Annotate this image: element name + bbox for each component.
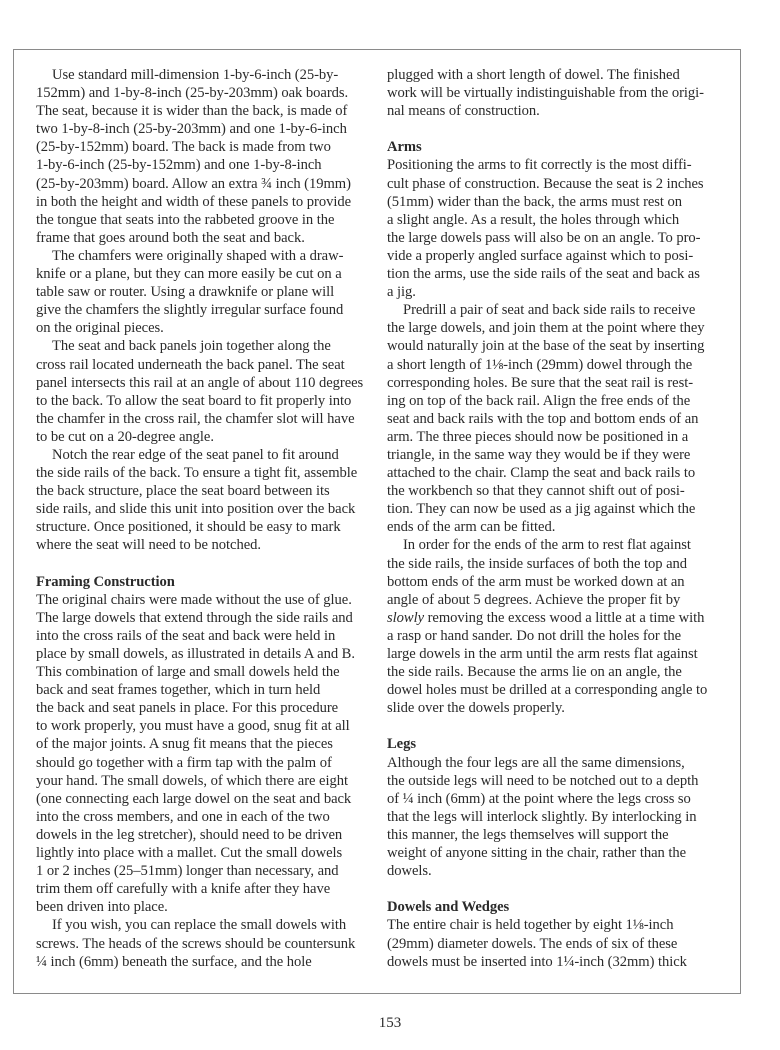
- paragraph-notch: Notch the rear edge of the seat panel to…: [36, 446, 376, 555]
- text-line: Notch the rear edge of the seat panel to…: [36, 446, 376, 464]
- text-line: slide over the dowels properly.: [387, 699, 732, 717]
- text-line: where the seat will need to be notched.: [36, 536, 376, 554]
- text-line: ends of the arm can be fitted.: [387, 518, 732, 536]
- text-line: In order for the ends of the arm to rest…: [387, 536, 732, 554]
- text-line: give the chamfers the slightly irregular…: [36, 301, 376, 319]
- text-line: triangle, in the same way they would be …: [387, 446, 732, 464]
- text-line: (25-by-152mm) board. The back is made fr…: [36, 138, 376, 156]
- text-line: (one connecting each large dowel on the …: [36, 790, 376, 808]
- text-line: bottom ends of the arm must be worked do…: [387, 573, 732, 591]
- text-line: the side rails, the inside surfaces of b…: [387, 555, 732, 573]
- paragraph-chamfers: The chamfers were originally shaped with…: [36, 247, 376, 337]
- text-line: the chamfer in the cross rail, the chamf…: [36, 410, 376, 428]
- text-line: a slight angle. As a result, the holes t…: [387, 211, 732, 229]
- text-line: large dowels in the arm until the arm re…: [387, 645, 732, 663]
- text-line: would naturally join at the base of the …: [387, 337, 732, 355]
- text-line: the outside legs will need to be notched…: [387, 772, 732, 790]
- text-line: of the major joints. A snug fit means th…: [36, 735, 376, 753]
- text-line: The seat and back panels join together a…: [36, 337, 376, 355]
- text-line: slowly removing the excess wood a little…: [387, 609, 732, 627]
- paragraph-seat-back-join: The seat and back panels join together a…: [36, 337, 376, 446]
- paragraph-screws: If you wish, you can replace the small d…: [36, 916, 376, 970]
- left-column: Use standard mill-dimension 1-by-6-inch …: [36, 66, 376, 971]
- text-line: Although the four legs are all the same …: [387, 754, 732, 772]
- section-heading-legs: Legs: [387, 735, 732, 753]
- text-line: (51mm) wider than the back, the arms mus…: [387, 193, 732, 211]
- text-line: The large dowels that extend through the…: [36, 609, 376, 627]
- text-line: place by small dowels, as illustrated in…: [36, 645, 376, 663]
- text-line: ¼ inch (6mm) beneath the surface, and th…: [36, 953, 376, 971]
- text-line: The original chairs were made without th…: [36, 591, 376, 609]
- text-line: to be cut on a 20-degree angle.: [36, 428, 376, 446]
- text-line: to the back. To allow the seat board to …: [36, 392, 376, 410]
- text-line: into the cross rails of the seat and bac…: [36, 627, 376, 645]
- text-line: of ¼ inch (6mm) at the point where the l…: [387, 790, 732, 808]
- text-line: tion. They can now be used as a jig agai…: [387, 500, 732, 518]
- text-line: lightly into place with a mallet. Cut th…: [36, 844, 376, 862]
- text-line: that the legs will interlock slightly. B…: [387, 808, 732, 826]
- text-line: two 1-by-8-inch (25-by-203mm) and one 1-…: [36, 120, 376, 138]
- spacer: [36, 555, 376, 573]
- text-line: in both the height and width of these pa…: [36, 193, 376, 211]
- text-line: this manner, the legs themselves will su…: [387, 826, 732, 844]
- text-run: removing the excess wood a little at a t…: [424, 610, 704, 626]
- text-line: weight of anyone sitting in the chair, r…: [387, 844, 732, 862]
- text-line: dowel holes must be drilled at a corresp…: [387, 681, 732, 699]
- text-line: work will be virtually indistinguishable…: [387, 84, 732, 102]
- text-line: frame that goes around both the seat and…: [36, 229, 376, 247]
- paragraph-predrill: Predrill a pair of seat and back side ra…: [387, 301, 732, 536]
- text-line: your hand. The small dowels, of which th…: [36, 772, 376, 790]
- text-line: Predrill a pair of seat and back side ra…: [387, 301, 732, 319]
- paragraph-legs: Although the four legs are all the same …: [387, 754, 732, 881]
- text-line: the workbench so that they cannot shift …: [387, 482, 732, 500]
- text-line: ing on top of the back rail. Align the f…: [387, 392, 732, 410]
- text-line: 1-by-6-inch (25-by-152mm) and one 1-by-8…: [36, 156, 376, 174]
- right-column: plugged with a short length of dowel. Th…: [387, 66, 732, 971]
- text-line: dowels.: [387, 862, 732, 880]
- text-line: The chamfers were originally shaped with…: [36, 247, 376, 265]
- text-line: angle of about 5 degrees. Achieve the pr…: [387, 591, 732, 609]
- text-line: arm. The three pieces should now be posi…: [387, 428, 732, 446]
- text-line: a short length of 1⅛-inch (29mm) dowel t…: [387, 356, 732, 374]
- text-line: cross rail located underneath the back p…: [36, 356, 376, 374]
- section-heading-framing-construction: Framing Construction: [36, 573, 376, 591]
- text-line: (25-by-203mm) board. Allow an extra ¾ in…: [36, 175, 376, 193]
- text-line: the back structure, place the seat board…: [36, 482, 376, 500]
- text-line: attached to the chair. Clamp the seat an…: [387, 464, 732, 482]
- text-line: dowels in the leg stretcher), should nee…: [36, 826, 376, 844]
- text-line: knife or a plane, but they can more easi…: [36, 265, 376, 283]
- text-line: the back and seat panels in place. For t…: [36, 699, 376, 717]
- text-line: Use standard mill-dimension 1-by-6-inch …: [36, 66, 376, 84]
- text-line: the side rails of the back. To ensure a …: [36, 464, 376, 482]
- text-line: seat and back rails with the top and bot…: [387, 410, 732, 428]
- section-heading-arms: Arms: [387, 138, 732, 156]
- paragraph-arms-intro: Positioning the arms to fit correctly is…: [387, 156, 732, 301]
- text-line: trim them off carefully with a knife aft…: [36, 880, 376, 898]
- text-line: on the original pieces.: [36, 319, 376, 337]
- paragraph-arm-ends: In order for the ends of the arm to rest…: [387, 536, 732, 717]
- spacer: [387, 717, 732, 735]
- text-line: should go together with a firm tap with …: [36, 754, 376, 772]
- text-line: side rails, and slide this unit into pos…: [36, 500, 376, 518]
- text-line: the side rails. Because the arms lie on …: [387, 663, 732, 681]
- paragraph-dowels: The entire chair is held together by eig…: [387, 916, 732, 970]
- text-line: back and seat frames together, which in …: [36, 681, 376, 699]
- paragraph-framing: The original chairs were made without th…: [36, 591, 376, 917]
- section-heading-dowels-and-wedges: Dowels and Wedges: [387, 898, 732, 916]
- text-line: screws. The heads of the screws should b…: [36, 935, 376, 953]
- text-line: been driven into place.: [36, 898, 376, 916]
- text-line: table saw or router. Using a drawknife o…: [36, 283, 376, 301]
- text-line: 152mm) and 1-by-8-inch (25-by-203mm) oak…: [36, 84, 376, 102]
- paragraph-plug: plugged with a short length of dowel. Th…: [387, 66, 732, 120]
- text-line: panel intersects this rail at an angle o…: [36, 374, 376, 392]
- text-line: the large dowels pass will also be on an…: [387, 229, 732, 247]
- text-line: the large dowels, and join them at the p…: [387, 319, 732, 337]
- text-line: a rasp or hand sander. Do not drill the …: [387, 627, 732, 645]
- text-line: tion the arms, use the side rails of the…: [387, 265, 732, 283]
- text-line: vide a properly angled surface against w…: [387, 247, 732, 265]
- text-line: corresponding holes. Be sure that the se…: [387, 374, 732, 392]
- text-line: a jig.: [387, 283, 732, 301]
- page-number: 153: [0, 1015, 780, 1032]
- text-line: structure. Once positioned, it should be…: [36, 518, 376, 536]
- text-line: cult phase of construction. Because the …: [387, 175, 732, 193]
- text-line: 1 or 2 inches (25–51mm) longer than nece…: [36, 862, 376, 880]
- text-line: the tongue that seats into the rabbeted …: [36, 211, 376, 229]
- text-line: nal means of construction.: [387, 102, 732, 120]
- text-line: to work properly, you must have a good, …: [36, 717, 376, 735]
- text-line: Positioning the arms to fit correctly is…: [387, 156, 732, 174]
- emphasis-text: slowly: [387, 610, 424, 626]
- text-line: dowels must be inserted into 1¼-inch (32…: [387, 953, 732, 971]
- text-line: This combination of large and small dowe…: [36, 663, 376, 681]
- text-line: The seat, because it is wider than the b…: [36, 102, 376, 120]
- spacer: [387, 120, 732, 138]
- text-line: If you wish, you can replace the small d…: [36, 916, 376, 934]
- text-line: into the cross members, and one in each …: [36, 808, 376, 826]
- paragraph-materials: Use standard mill-dimension 1-by-6-inch …: [36, 66, 376, 247]
- text-line: plugged with a short length of dowel. Th…: [387, 66, 732, 84]
- text-line: (29mm) diameter dowels. The ends of six …: [387, 935, 732, 953]
- text-line: The entire chair is held together by eig…: [387, 916, 732, 934]
- spacer: [387, 880, 732, 898]
